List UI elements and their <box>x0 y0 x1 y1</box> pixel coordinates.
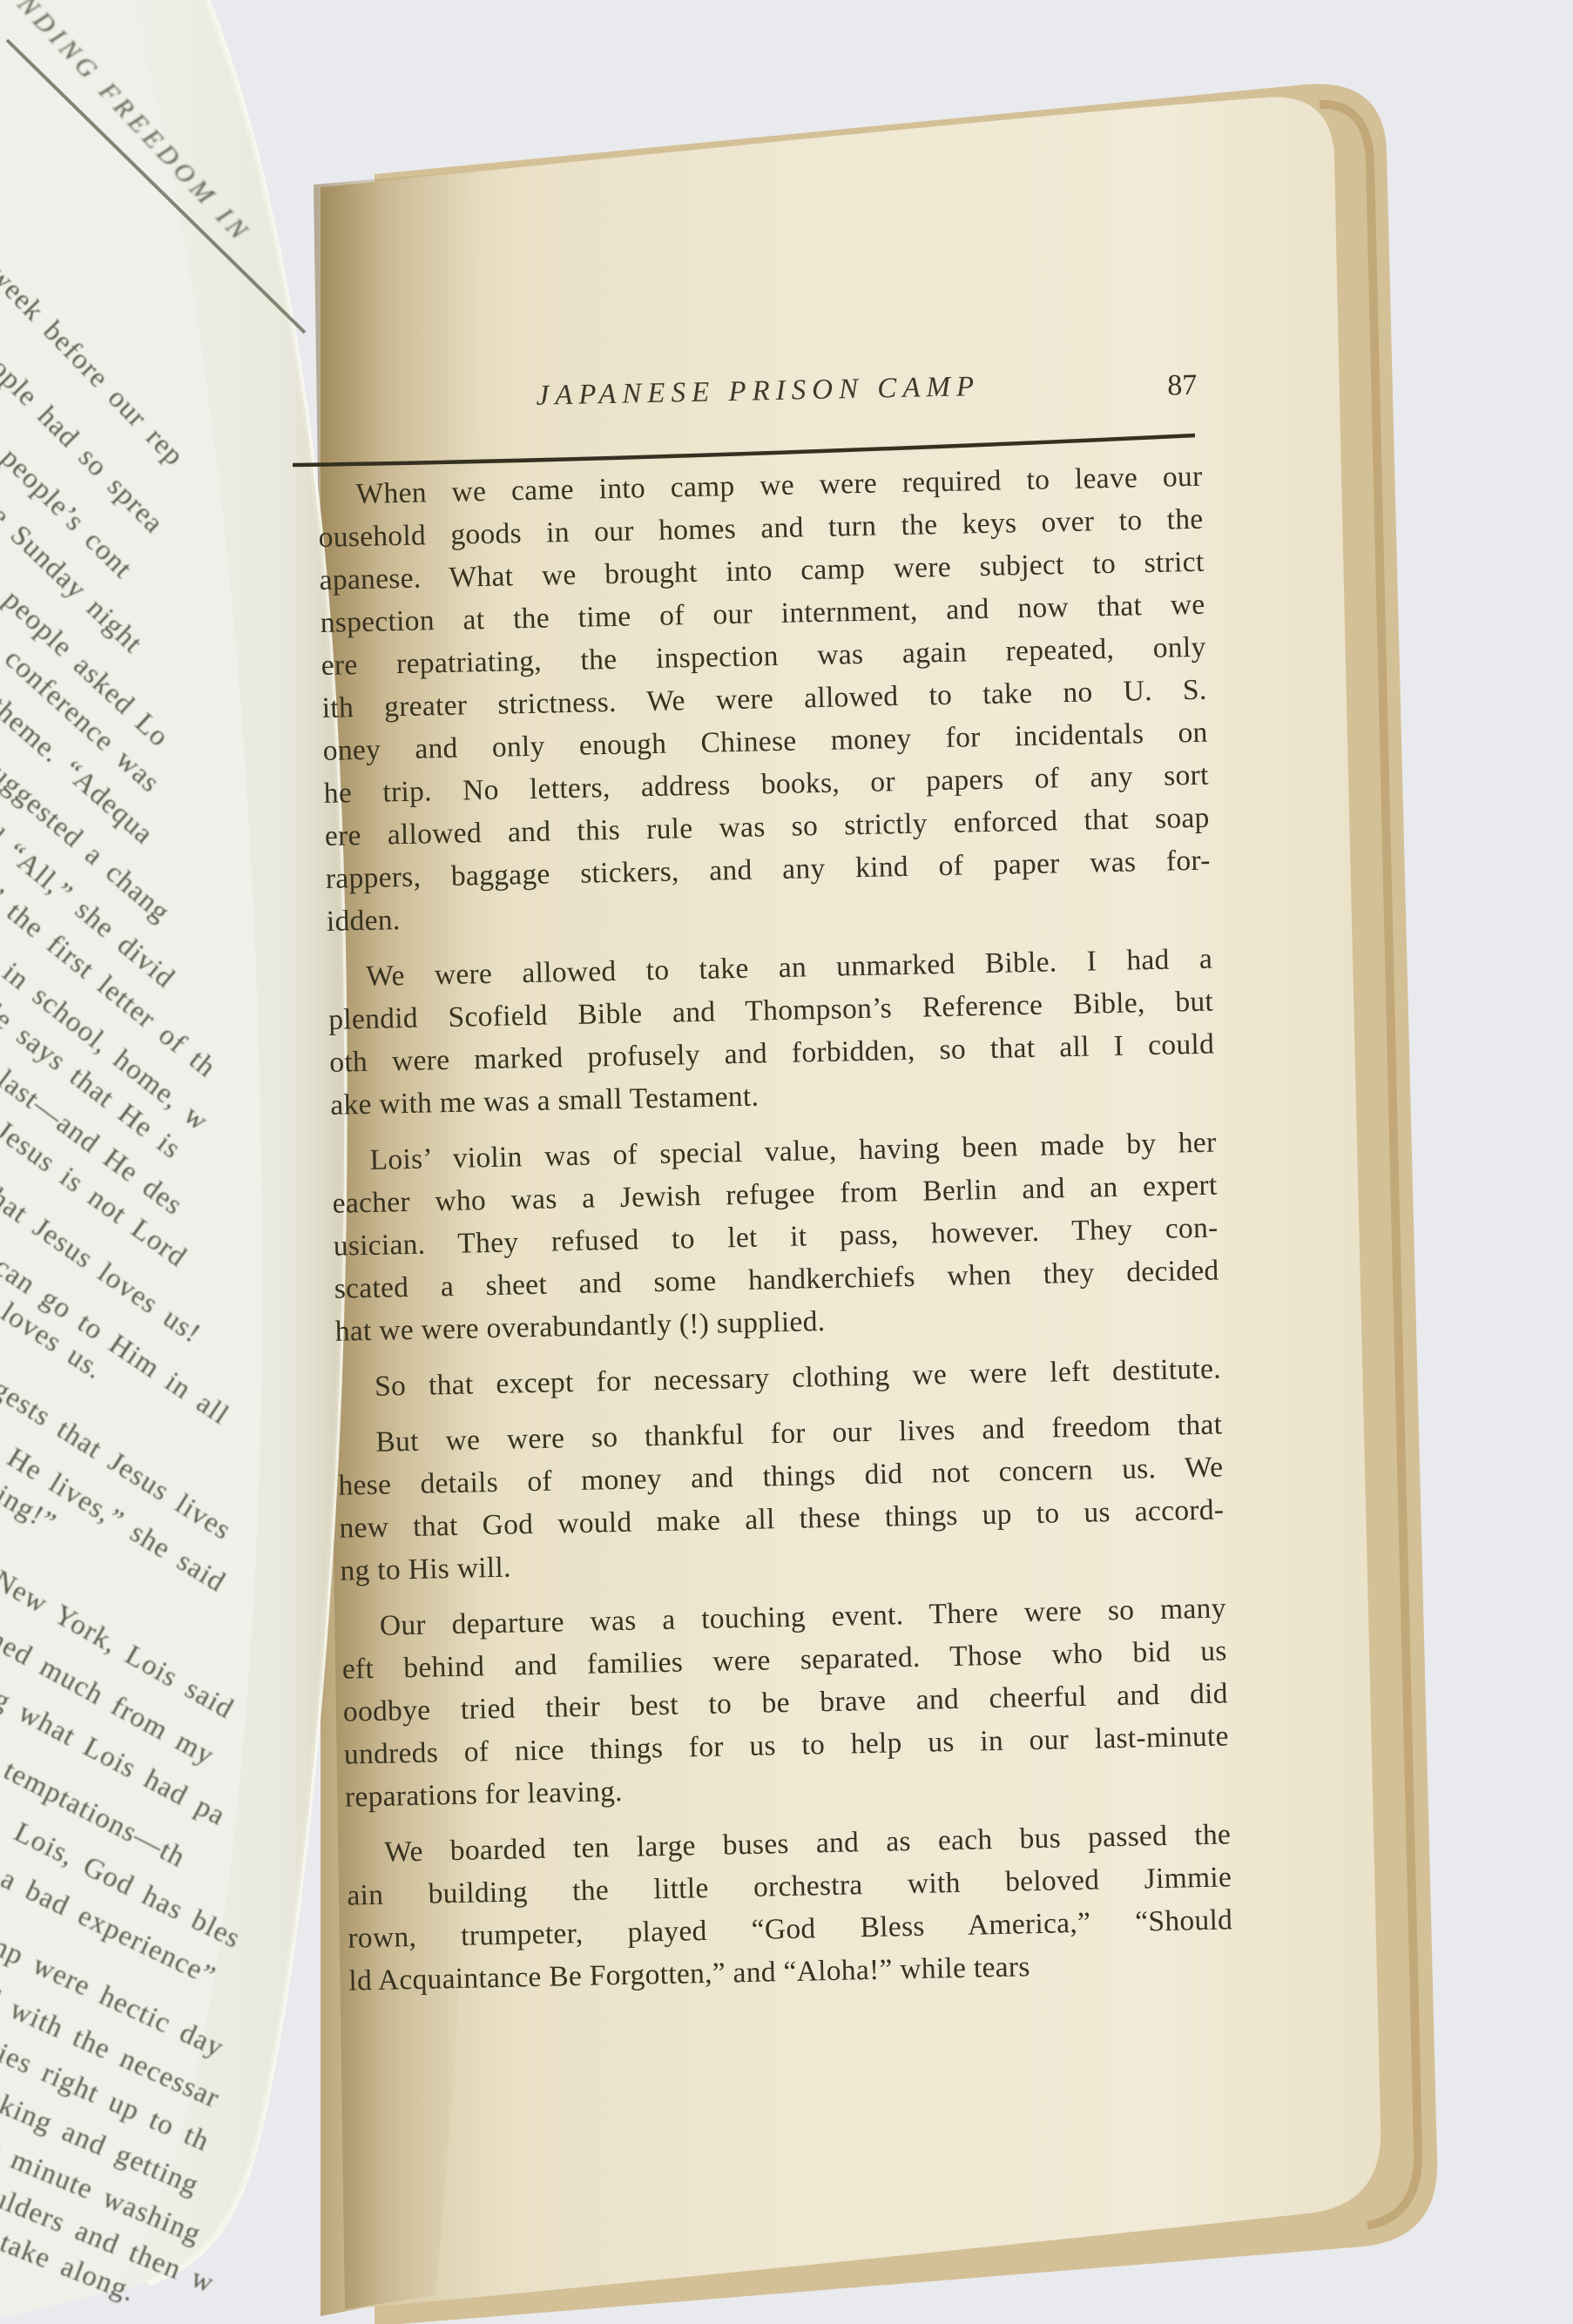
paragraph: But we were so thankful for our lives an… <box>337 1403 1225 1592</box>
paragraph: Lois’ violin was of special value, havin… <box>331 1122 1220 1353</box>
text-line: So that except for necessary clothing we… <box>336 1347 1222 1408</box>
paragraph: Our departure was a touching event. Ther… <box>341 1586 1230 1818</box>
paragraph: We boarded ten large buses and as each b… <box>346 1813 1234 2002</box>
book-photo: JAPANESE PRISON CAMP 87 When we came int… <box>0 0 1573 2324</box>
paragraph: So that except for necessary clothing we… <box>336 1347 1222 1408</box>
page-number: 87 <box>1167 369 1198 403</box>
paragraph: When we came into camp we were required … <box>317 455 1212 943</box>
paragraph: We were allowed to take an unmarked Bibl… <box>327 938 1216 1127</box>
right-page-content: JAPANESE PRISON CAMP 87 When we came int… <box>315 367 1234 2003</box>
body-text: When we came into camp we were required … <box>317 455 1234 2003</box>
